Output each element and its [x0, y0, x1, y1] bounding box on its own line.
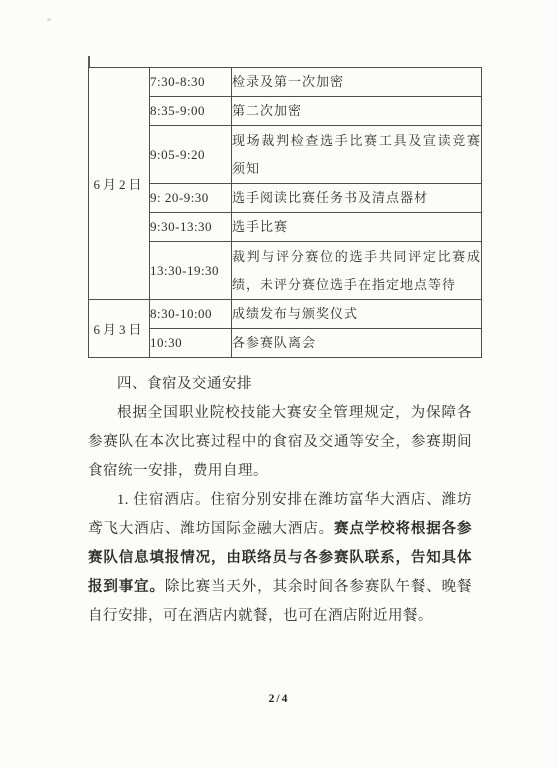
- section-heading: 四、食宿及交通安排: [88, 370, 472, 399]
- paragraph: 根据全国职业院校技能大赛安全管理规定，为保障各参赛队在本次比赛过程中的食宿及交通…: [88, 399, 472, 486]
- time-cell: 8:30-10:00: [150, 300, 232, 329]
- paragraph-text: 根据全国职业院校技能大赛安全管理规定，为保障各参赛队在本次比赛过程中的食宿及交通…: [88, 405, 472, 479]
- activity-cell: 各参赛队离会: [232, 329, 482, 358]
- activity-cell: 第二次加密: [232, 97, 482, 126]
- date-cell: 6月2日: [89, 68, 150, 300]
- schedule-table: 6月2日 7:30-8:30 检录及第一次加密 8:35-9:00 第二次加密 …: [88, 67, 482, 358]
- table-row: 6月3日 8:30-10:00 成绩发布与颁奖仪式: [89, 300, 482, 329]
- footer-page-number: 2/4: [0, 693, 558, 705]
- table-row: 6月2日 7:30-8:30 检录及第一次加密: [89, 68, 482, 97]
- date-cell: 6月3日: [89, 300, 150, 358]
- time-cell: 10:30: [150, 329, 232, 358]
- activity-cell: 检录及第一次加密: [232, 68, 482, 97]
- activity-cell: 选手阅读比赛任务书及清点器材: [232, 184, 482, 213]
- activity-cell: 选手比赛: [232, 213, 482, 242]
- time-cell: 9:05-9:20: [150, 126, 232, 184]
- time-cell: 9:30-13:30: [150, 213, 232, 242]
- activity-cell: 现场裁判检查选手比赛工具及宣读竞赛须知: [232, 126, 482, 184]
- time-cell: 7:30-8:30: [150, 68, 232, 97]
- paragraph: 1. 住宿酒店。住宿分别安排在潍坊富华大酒店、潍坊鸢飞大酒店、潍坊国际金融大酒店…: [88, 486, 472, 631]
- time-cell: 8:35-9:00: [150, 97, 232, 126]
- section-body: 四、食宿及交通安排 根据全国职业院校技能大赛安全管理规定，为保障各参赛队在本次比…: [88, 370, 472, 631]
- schedule-table-container: 6月2日 7:30-8:30 检录及第一次加密 8:35-9:00 第二次加密 …: [88, 67, 478, 358]
- scan-artifact: [47, 18, 51, 21]
- time-cell: 13:30-19:30: [150, 242, 232, 300]
- time-cell: 9: 20-9:30: [150, 184, 232, 213]
- activity-cell: 成绩发布与颁奖仪式: [232, 300, 482, 329]
- activity-cell: 裁判与评分赛位的选手共同评定比赛成绩，未评分赛位选手在指定地点等待: [232, 242, 482, 300]
- document-page: 6月2日 7:30-8:30 检录及第一次加密 8:35-9:00 第二次加密 …: [0, 0, 558, 768]
